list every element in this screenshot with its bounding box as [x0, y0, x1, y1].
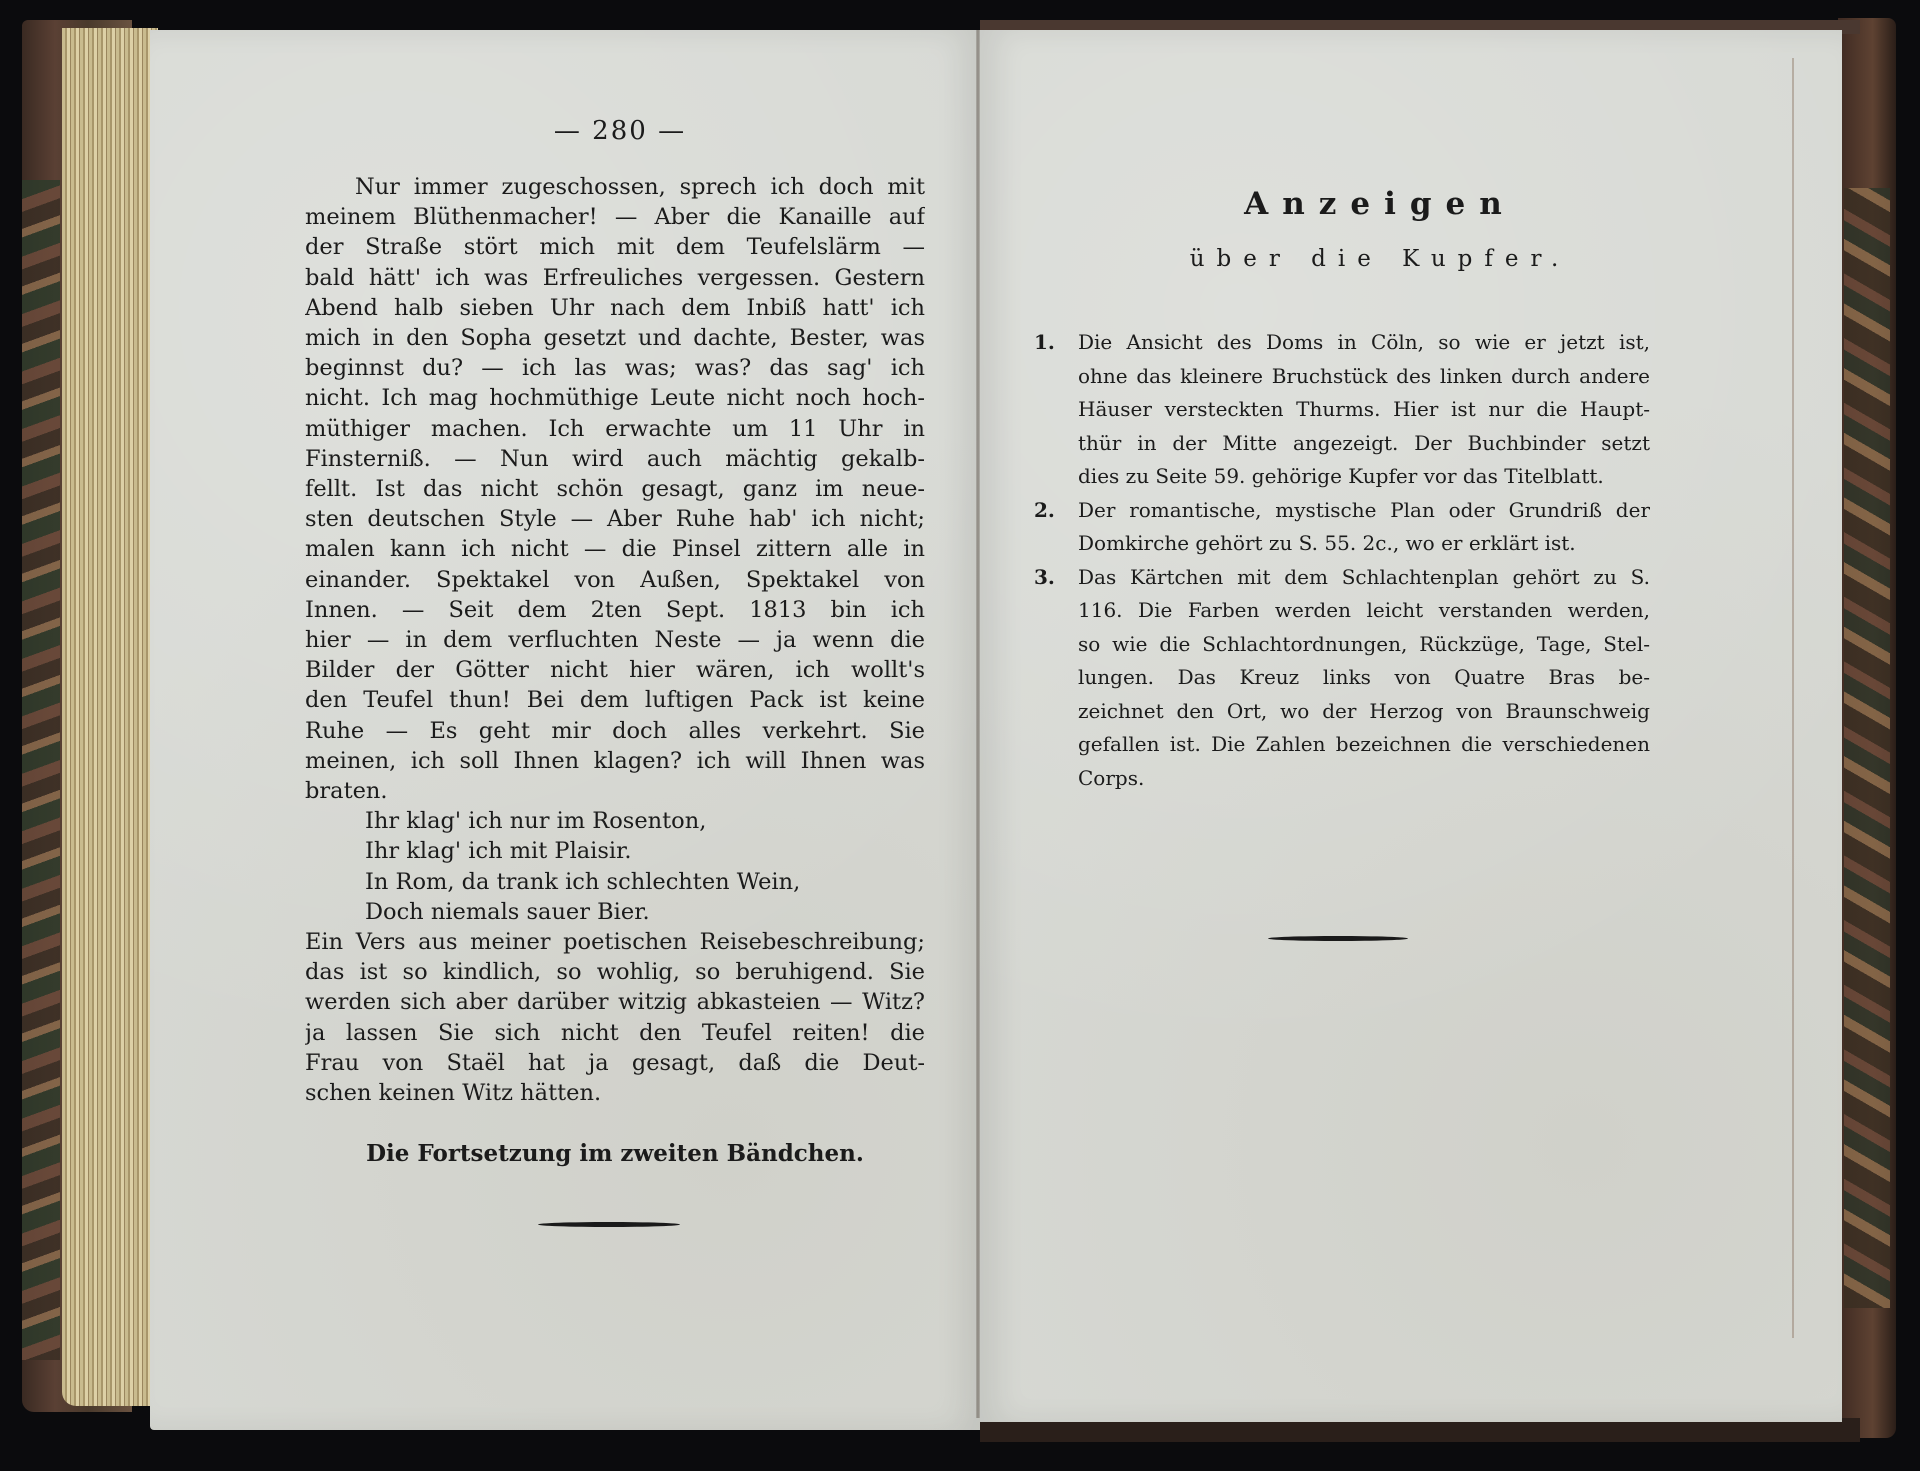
body-text-line: einander. Spektakel von Außen, Spektakel…	[305, 565, 925, 595]
plate-note-line: thür in der Mitte angezeigt. Der Buchbin…	[1078, 427, 1650, 461]
plate-note-line: Die Ansicht des Doms in Cöln, so wie er …	[1078, 326, 1650, 360]
book-cover-right	[1838, 18, 1896, 1438]
body-text-line: werden sich aber darüber witzig abkastei…	[305, 987, 925, 1017]
plate-note-line: zeichnet den Ort, wo der Herzog von Brau…	[1078, 695, 1650, 729]
body-text-line: der Straße stört mich mit dem Teufelslär…	[305, 232, 925, 262]
body-text-line: ja lassen Sie sich nicht den Teufel reit…	[305, 1018, 925, 1048]
right-page-title: Anzeigen	[1100, 186, 1660, 222]
body-text-line: Bilder der Götter nicht hier wären, ich …	[305, 655, 925, 685]
book-page-edges	[62, 28, 158, 1406]
plate-note-number: 1.	[1034, 326, 1055, 360]
plate-note-line: Corps.	[1078, 762, 1650, 796]
verse-line: Ihr klag' ich nur im Rosenton,	[305, 806, 925, 836]
plate-note-line: 116. Die Farben werden leicht verstanden…	[1078, 594, 1650, 628]
plate-note-line: so wie die Schlachtordnungen, Rückzüge, …	[1078, 628, 1650, 662]
body-text-line: Nur immer zugeschossen, sprech ich doch …	[305, 172, 925, 202]
body-text-line: bald hätt' ich was Erfreuliches vergesse…	[305, 263, 925, 293]
plate-note-line: lungen. Das Kreuz links von Quatre Bras …	[1078, 661, 1650, 695]
body-text-line: sten deutschen Style — Aber Ruhe hab' ic…	[305, 504, 925, 534]
body-text-line: schen keinen Witz hätten.	[305, 1078, 925, 1108]
verse-line: In Rom, da trank ich schlechten Wein,	[305, 867, 925, 897]
book-gutter	[976, 30, 980, 1418]
plate-note-line: Das Kärtchen mit dem Schlachtenplan gehö…	[1078, 561, 1650, 595]
decorative-rule-right	[1268, 936, 1408, 941]
plate-note-line: dies zu Seite 59. gehörige Kupfer vor da…	[1078, 460, 1650, 494]
body-text-line: hier — in dem verfluchten Neste — ja wen…	[305, 625, 925, 655]
plate-note-line: ohne das kleinere Bruchstück des linken …	[1078, 360, 1650, 394]
plate-note-item: 2.Der romantische, mystische Plan oder G…	[1030, 494, 1650, 561]
plate-note-item: 3.Das Kärtchen mit dem Schlachtenplan ge…	[1030, 561, 1650, 796]
body-text-line: Finsterniß. — Nun wird auch mächtig geka…	[305, 444, 925, 474]
body-text-line: das ist so kindlich, so wohlig, so beruh…	[305, 957, 925, 987]
body-text-line: fellt. Ist das nicht schön gesagt, ganz …	[305, 474, 925, 504]
plate-note-line: Domkirche gehört zu S. 55. 2c., wo er er…	[1078, 527, 1650, 561]
verse-line: Ihr klag' ich mit Plaisir.	[305, 836, 925, 866]
plate-note-line: Der romantische, mystische Plan oder Gru…	[1078, 494, 1650, 528]
plate-note-number: 2.	[1034, 494, 1055, 528]
body-text-line: meinem Blüthenmacher! — Aber die Kanaill…	[305, 202, 925, 232]
body-text-line: mich in den Sopha gesetzt und dachte, Be…	[305, 323, 925, 353]
plate-note-line: Häuser versteckten Thurms. Hier ist nur …	[1078, 393, 1650, 427]
body-text-line: Frau von Staël hat ja gesagt, daß die De…	[305, 1048, 925, 1078]
body-text-line: Ruhe — Es geht mir doch alles verkehrt. …	[305, 716, 925, 746]
body-text-line: nicht. Ich mag hochmüthige Leute nicht n…	[305, 383, 925, 413]
body-text-line: beginnst du? — ich las was; was? das sag…	[305, 353, 925, 383]
continuation-note: Die Fortsetzung im zweiten Bändchen.	[305, 1140, 925, 1167]
body-text-line: Abend halb sieben Uhr nach dem Inbiß hat…	[305, 293, 925, 323]
plate-note-line: gefallen ist. Die Zahlen bezeichnen die …	[1078, 728, 1650, 762]
body-text-line: Ein Vers aus meiner poetischen Reisebesc…	[305, 927, 925, 957]
body-text-line: malen kann ich nicht — die Pinsel zitter…	[305, 534, 925, 564]
body-text-line: braten.	[305, 776, 925, 806]
plate-note-number: 3.	[1034, 561, 1055, 595]
body-text-line: den Teufel thun! Bei dem luftigen Pack i…	[305, 685, 925, 715]
body-text-line: meinen, ich soll Ihnen klagen? ich will …	[305, 746, 925, 776]
page-number: — 280 —	[520, 116, 720, 146]
verse-line: Doch niemals sauer Bier.	[305, 897, 925, 927]
decorative-rule-left	[538, 1222, 680, 1227]
plate-notes-list: 1.Die Ansicht des Doms in Cöln, so wie e…	[1030, 326, 1650, 795]
plate-note-item: 1.Die Ansicht des Doms in Cöln, so wie e…	[1030, 326, 1650, 494]
body-text-line: Innen. — Seit dem 2ten Sept. 1813 bin ic…	[305, 595, 925, 625]
right-page-subtitle: über die Kupfer.	[1100, 246, 1660, 272]
body-text-line: müthiger machen. Ich erwachte um 11 Uhr …	[305, 414, 925, 444]
left-page-body: Nur immer zugeschossen, sprech ich doch …	[305, 172, 925, 1108]
